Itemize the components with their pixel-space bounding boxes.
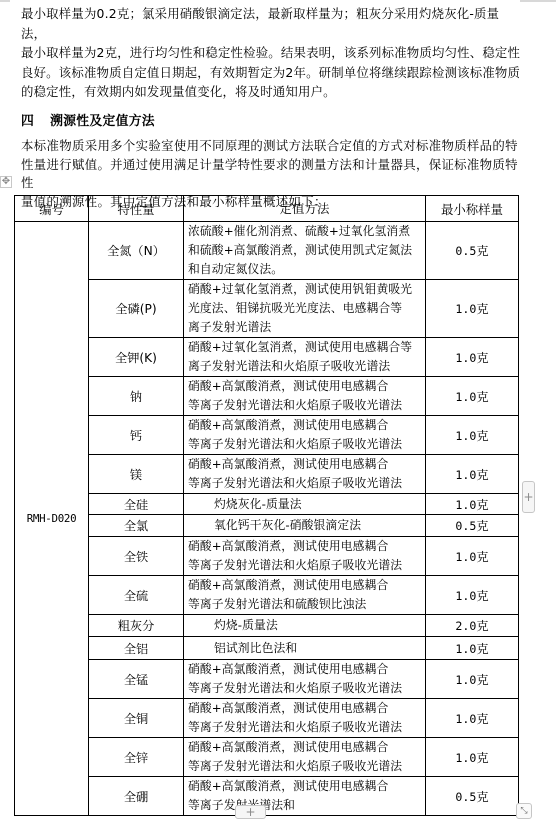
min-sample-cell: 1.0克 xyxy=(426,537,519,576)
method-cell: 灼烧-质量法 xyxy=(184,615,426,637)
method-line: 灼烧灰化-质量法 xyxy=(214,495,425,514)
property-cell: 全硅 xyxy=(89,494,184,515)
property-cell: 全铁 xyxy=(89,537,184,576)
min-sample-value: 1.0 xyxy=(455,673,476,687)
min-sample-cell: 0.5克 xyxy=(426,222,519,280)
section-line: 性量进行赋值。并通过使用满足计量学特性要求的测量方法和计量器具，保证标准物质特性 xyxy=(21,157,518,191)
min-sample-cell: 1.0克 xyxy=(426,455,519,494)
method-cell: 硝酸+高氯酸消煮，测试使用电感耦合等离子发射光谱法和火焰原子吸收光谱法 xyxy=(184,455,426,494)
header-property: 特性量 xyxy=(89,196,184,222)
section-heading: 四溯源性及定值方法 xyxy=(21,110,155,129)
min-sample-unit: 克 xyxy=(476,302,488,316)
method-cell: 硝酸+高氯酸消煮，测试使用电感耦合等离子发射光谱法和火焰原子吸收光谱法 xyxy=(184,738,426,777)
method-line: 铝试剂比色法和 xyxy=(214,639,425,658)
table-header-row: 编号 特性量 定值方法 最小称样量 xyxy=(15,196,519,222)
page-edge-mark-right xyxy=(520,0,556,2)
min-sample-cell: 1.0克 xyxy=(426,338,519,377)
traceability-table: 编号 特性量 定值方法 最小称样量 RMH-D020全氮（N）浓硫酸+催化剂消煮… xyxy=(14,195,519,816)
method-cell: 硝酸+高氯酸消煮，测试使用电感耦合等离子发射光谱法和 xyxy=(184,777,426,816)
method-cell: 硝酸+高氯酸消煮，测试使用电感耦合等离子发射光谱法和火焰原子吸收光谱法 xyxy=(184,699,426,738)
property-cell: 钠 xyxy=(89,377,184,416)
method-line: 和自动定氮仪法。 xyxy=(188,260,425,279)
property-cell: 全氯 xyxy=(89,515,184,537)
min-sample-unit: 克 xyxy=(476,673,488,687)
intro-paragraph: 最小取样量为0.2克；氯采用硝酸银滴定法，最新取样量为；粗灰分采用灼烧灰化-质量… xyxy=(21,4,521,102)
method-cell: 硝酸+高氯酸消煮，测试使用电感耦合等离子发射光谱法和火焰原子吸收光谱法 xyxy=(184,416,426,455)
method-line: 硝酸+高氯酸消煮，测试使用电感耦合 xyxy=(188,738,425,757)
min-sample-unit: 克 xyxy=(476,712,488,726)
method-line: 硝酸+高氯酸消煮，测试使用电感耦合 xyxy=(188,777,425,796)
property-cell: 全磷(P) xyxy=(89,280,184,338)
method-line: 光度法、钼锑抗吸光光度法、电感耦合等 xyxy=(188,299,425,318)
table-row: 全磷(P)硝酸+过氧化氢消煮，测试使用钒钼黄吸光光度法、钼锑抗吸光光度法、电感耦… xyxy=(15,280,519,338)
method-cell: 硝酸+高氯酸消煮，测试使用电感耦合等离子发射光谱法和硫酸钡比浊法 xyxy=(184,576,426,615)
table-row: 钙硝酸+高氯酸消煮，测试使用电感耦合等离子发射光谱法和火焰原子吸收光谱法1.0克 xyxy=(15,416,519,455)
min-sample-unit: 克 xyxy=(476,390,488,404)
table-row: 粗灰分灼烧-质量法2.0克 xyxy=(15,615,519,637)
min-sample-unit: 克 xyxy=(476,642,488,656)
property-cell: 全铜 xyxy=(89,699,184,738)
method-cell: 浓硫酸+催化剂消煮、硫酸+过氧化氢消煮和硫酸+高氯酸消煮，测试使用凯式定氮法和自… xyxy=(184,222,426,280)
table-row: 全锰硝酸+高氯酸消煮，测试使用电感耦合等离子发射光谱法和火焰原子吸收光谱法1.0… xyxy=(15,660,519,699)
table-row: 全硫硝酸+高氯酸消煮，测试使用电感耦合等离子发射光谱法和硫酸钡比浊法1.0克 xyxy=(15,576,519,615)
min-sample-value: 0.5 xyxy=(455,790,476,804)
method-line: 氧化钙干灰化-硝酸银滴定法 xyxy=(214,516,425,535)
min-sample-cell: 1.0克 xyxy=(426,416,519,455)
method-line: 硝酸+高氯酸消煮，测试使用电感耦合 xyxy=(188,416,425,435)
method-line: 离子发射光谱法 xyxy=(188,318,425,337)
section-title: 溯源性及定值方法 xyxy=(50,114,155,129)
section-line: 本标准物质采用多个实验室使用不同原理的测试方法联合定值的方式对标准物质样品的特 xyxy=(21,138,518,153)
intro-line: 良好。该标准物质自定值日期起，有效期暂定为2年。研制单位将继续跟踪检测该标准物质 xyxy=(21,65,520,80)
property-cell: 全氮（N） xyxy=(89,222,184,280)
min-sample-cell: 0.5克 xyxy=(426,777,519,816)
id-cell: RMH-D020 xyxy=(15,222,89,816)
intro-line: 最小取样量为2克，进行均匀性和稳定性检验。结果表明，该系列标准物质均匀性、稳定性 xyxy=(21,45,520,60)
header-method: 定值方法 xyxy=(184,196,426,222)
method-cell: 硝酸+高氯酸消煮，测试使用电感耦合等离子发射光谱法和火焰原子吸收光谱法 xyxy=(184,377,426,416)
method-line: 硝酸+高氯酸消煮，测试使用电感耦合 xyxy=(188,576,425,595)
table-row: 全氯氧化钙干灰化-硝酸银滴定法0.5克 xyxy=(15,515,519,537)
page-edge-mark-left xyxy=(0,0,10,2)
method-line: 硝酸+高氯酸消煮，测试使用电感耦合 xyxy=(188,699,425,718)
table-row: 钠硝酸+高氯酸消煮，测试使用电感耦合等离子发射光谱法和火焰原子吸收光谱法1.0克 xyxy=(15,377,519,416)
header-id: 编号 xyxy=(15,196,89,222)
min-sample-unit: 克 xyxy=(476,589,488,603)
min-sample-unit: 克 xyxy=(476,790,488,804)
table-row: 全钾(K)硝酸+过氧化氢消煮，测试使用电感耦合等离子发射光谱法和火焰原子吸收光谱… xyxy=(15,338,519,377)
table-resize-handle-icon[interactable]: ⤡ xyxy=(516,803,532,819)
min-sample-unit: 克 xyxy=(476,619,488,633)
min-sample-value: 1.0 xyxy=(455,390,476,404)
min-sample-unit: 克 xyxy=(476,498,488,512)
min-sample-cell: 1.0克 xyxy=(426,637,519,660)
method-line: 硝酸+高氯酸消煮，测试使用电感耦合 xyxy=(188,455,425,474)
method-line: 等离子发射光谱法和火焰原子吸收光谱法 xyxy=(188,396,425,415)
min-sample-value: 1.0 xyxy=(455,589,476,603)
method-cell: 氧化钙干灰化-硝酸银滴定法 xyxy=(184,515,426,537)
min-sample-unit: 克 xyxy=(476,751,488,765)
table-row: 全铝铝试剂比色法和1.0克 xyxy=(15,637,519,660)
method-cell: 铝试剂比色法和 xyxy=(184,637,426,660)
method-cell: 硝酸+过氧化氢消煮，测试使用电感耦合等离子发射光谱法和火焰原子吸收光谱法 xyxy=(184,338,426,377)
method-cell: 灼烧灰化-质量法 xyxy=(184,494,426,515)
property-cell: 全硫 xyxy=(89,576,184,615)
method-line: 硝酸+过氧化氢消煮，测试使用钒钼黄吸光 xyxy=(188,280,425,299)
table-row: 全硼硝酸+高氯酸消煮，测试使用电感耦合等离子发射光谱法和0.5克 xyxy=(15,777,519,816)
method-cell: 硝酸+高氯酸消煮，测试使用电感耦合等离子发射光谱法和火焰原子吸收光谱法 xyxy=(184,537,426,576)
method-line: 硝酸+高氯酸消煮，测试使用电感耦合 xyxy=(188,660,425,679)
table-row: 全铁硝酸+高氯酸消煮，测试使用电感耦合等离子发射光谱法和火焰原子吸收光谱法1.0… xyxy=(15,537,519,576)
method-line: 灼烧-质量法 xyxy=(214,616,425,635)
method-line: 等离子发射光谱法和硫酸钡比浊法 xyxy=(188,595,425,614)
table-row: 全硅灼烧灰化-质量法1.0克 xyxy=(15,494,519,515)
min-sample-cell: 1.0克 xyxy=(426,699,519,738)
add-column-button[interactable]: + xyxy=(522,481,535,513)
method-line: 等离子发射光谱法和火焰原子吸收光谱法 xyxy=(188,556,425,575)
table-move-handle-icon[interactable]: ✥ xyxy=(0,176,12,188)
property-cell: 镁 xyxy=(89,455,184,494)
min-sample-value: 1.0 xyxy=(455,302,476,316)
min-sample-cell: 1.0克 xyxy=(426,738,519,777)
min-sample-cell: 1.0克 xyxy=(426,280,519,338)
method-line: 离子发射光谱法和火焰原子吸收光谱法 xyxy=(188,357,425,376)
min-sample-value: 1.0 xyxy=(455,468,476,482)
property-cell: 粗灰分 xyxy=(89,615,184,637)
section-number: 四 xyxy=(21,114,34,129)
min-sample-unit: 克 xyxy=(476,244,488,258)
min-sample-cell: 1.0克 xyxy=(426,377,519,416)
method-line: 硝酸+高氯酸消煮，测试使用电感耦合 xyxy=(188,537,425,556)
min-sample-unit: 克 xyxy=(476,519,488,533)
property-cell: 全铝 xyxy=(89,637,184,660)
method-line: 等离子发射光谱法和火焰原子吸收光谱法 xyxy=(188,757,425,776)
method-line: 等离子发射光谱法和 xyxy=(188,796,425,815)
min-sample-value: 1.0 xyxy=(455,351,476,365)
method-line: 浓硫酸+催化剂消煮、硫酸+过氧化氢消煮 xyxy=(188,222,425,241)
method-line: 硝酸+过氧化氢消煮，测试使用电感耦合等 xyxy=(188,338,425,357)
method-cell: 硝酸+高氯酸消煮，测试使用电感耦合等离子发射光谱法和火焰原子吸收光谱法 xyxy=(184,660,426,699)
method-line: 等离子发射光谱法和火焰原子吸收光谱法 xyxy=(188,435,425,454)
add-row-button[interactable]: + xyxy=(235,805,266,819)
table-row: RMH-D020全氮（N）浓硫酸+催化剂消煮、硫酸+过氧化氢消煮和硫酸+高氯酸消… xyxy=(15,222,519,280)
property-cell: 全钾(K) xyxy=(89,338,184,377)
method-line: 等离子发射光谱法和火焰原子吸收光谱法 xyxy=(188,718,425,737)
table-row: 全锌硝酸+高氯酸消煮，测试使用电感耦合等离子发射光谱法和火焰原子吸收光谱法1.0… xyxy=(15,738,519,777)
property-cell: 全锰 xyxy=(89,660,184,699)
method-line: 和硫酸+高氯酸消煮，测试使用凯式定氮法 xyxy=(188,241,425,260)
min-sample-value: 0.5 xyxy=(455,519,476,533)
min-sample-value: 1.0 xyxy=(455,642,476,656)
min-sample-value: 1.0 xyxy=(455,712,476,726)
min-sample-cell: 1.0克 xyxy=(426,660,519,699)
property-cell: 全锌 xyxy=(89,738,184,777)
min-sample-value: 1.0 xyxy=(455,550,476,564)
min-sample-value: 1.0 xyxy=(455,498,476,512)
min-sample-unit: 克 xyxy=(476,351,488,365)
header-min-sample: 最小称样量 xyxy=(426,196,519,222)
min-sample-cell: 0.5克 xyxy=(426,515,519,537)
min-sample-cell: 2.0克 xyxy=(426,615,519,637)
property-cell: 钙 xyxy=(89,416,184,455)
min-sample-cell: 1.0克 xyxy=(426,576,519,615)
min-sample-unit: 克 xyxy=(476,468,488,482)
min-sample-cell: 1.0克 xyxy=(426,494,519,515)
min-sample-value: 1.0 xyxy=(455,429,476,443)
min-sample-unit: 克 xyxy=(476,429,488,443)
min-sample-value: 0.5 xyxy=(455,244,476,258)
table-row: 镁硝酸+高氯酸消煮，测试使用电感耦合等离子发射光谱法和火焰原子吸收光谱法1.0克 xyxy=(15,455,519,494)
table-row: 全铜硝酸+高氯酸消煮，测试使用电感耦合等离子发射光谱法和火焰原子吸收光谱法1.0… xyxy=(15,699,519,738)
min-sample-value: 1.0 xyxy=(455,751,476,765)
property-cell: 全硼 xyxy=(89,777,184,816)
intro-line: 的稳定性，有效期内如发现量值变化，将及时通知用户。 xyxy=(21,84,336,99)
method-line: 硝酸+高氯酸消煮，测试使用电感耦合 xyxy=(188,377,425,396)
min-sample-unit: 克 xyxy=(476,550,488,564)
intro-line: 最小取样量为0.2克；氯采用硝酸银滴定法，最新取样量为；粗灰分采用灼烧灰化-质量… xyxy=(21,6,499,41)
method-cell: 硝酸+过氧化氢消煮，测试使用钒钼黄吸光光度法、钼锑抗吸光光度法、电感耦合等离子发… xyxy=(184,280,426,338)
method-line: 等离子发射光谱法和火焰原子吸收光谱法 xyxy=(188,679,425,698)
method-line: 等离子发射光谱法和火焰原子吸收光谱法 xyxy=(188,474,425,493)
min-sample-value: 2.0 xyxy=(455,619,476,633)
